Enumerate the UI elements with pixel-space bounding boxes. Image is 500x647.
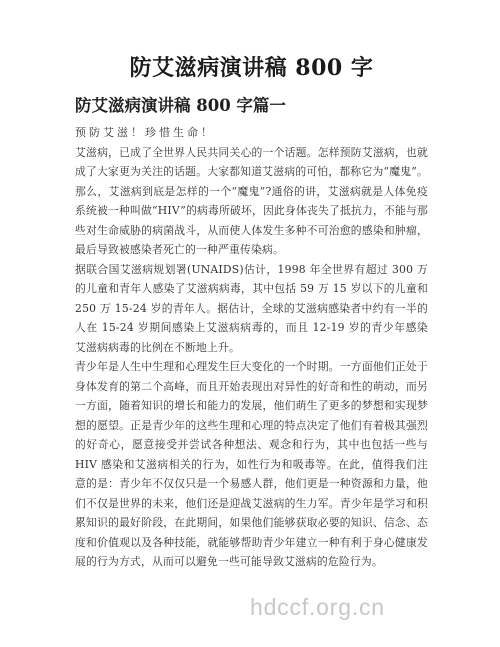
page-title: 防艾滋病演讲稿 800 字 bbox=[75, 54, 428, 83]
document-page: 防艾滋病演讲稿 800 字 防艾滋病演讲稿 800 字篇一 预防艾滋！珍惜生命！… bbox=[0, 54, 500, 572]
section-heading: 防艾滋病演讲稿 800 字篇一 bbox=[75, 96, 428, 116]
watermark-text: hdccf.org.cn bbox=[250, 594, 385, 622]
body-paragraph-1: 艾滋病，已成了全世界人民共同关心的一个话题。怎样预防艾滋病，也就成了大家更为关注… bbox=[75, 143, 428, 260]
body-paragraph-3: 青少年是人生中生理和心理发生巨大变化的一个时期。一方面他们正处于身体发育的第二个… bbox=[75, 357, 428, 572]
slogan-line: 预防艾滋！珍惜生命！ bbox=[75, 123, 428, 143]
body-paragraph-2: 据联合国艾滋病规划署(UNAIDS)估计，1998 年全世界有超过 300 万的… bbox=[75, 260, 428, 358]
